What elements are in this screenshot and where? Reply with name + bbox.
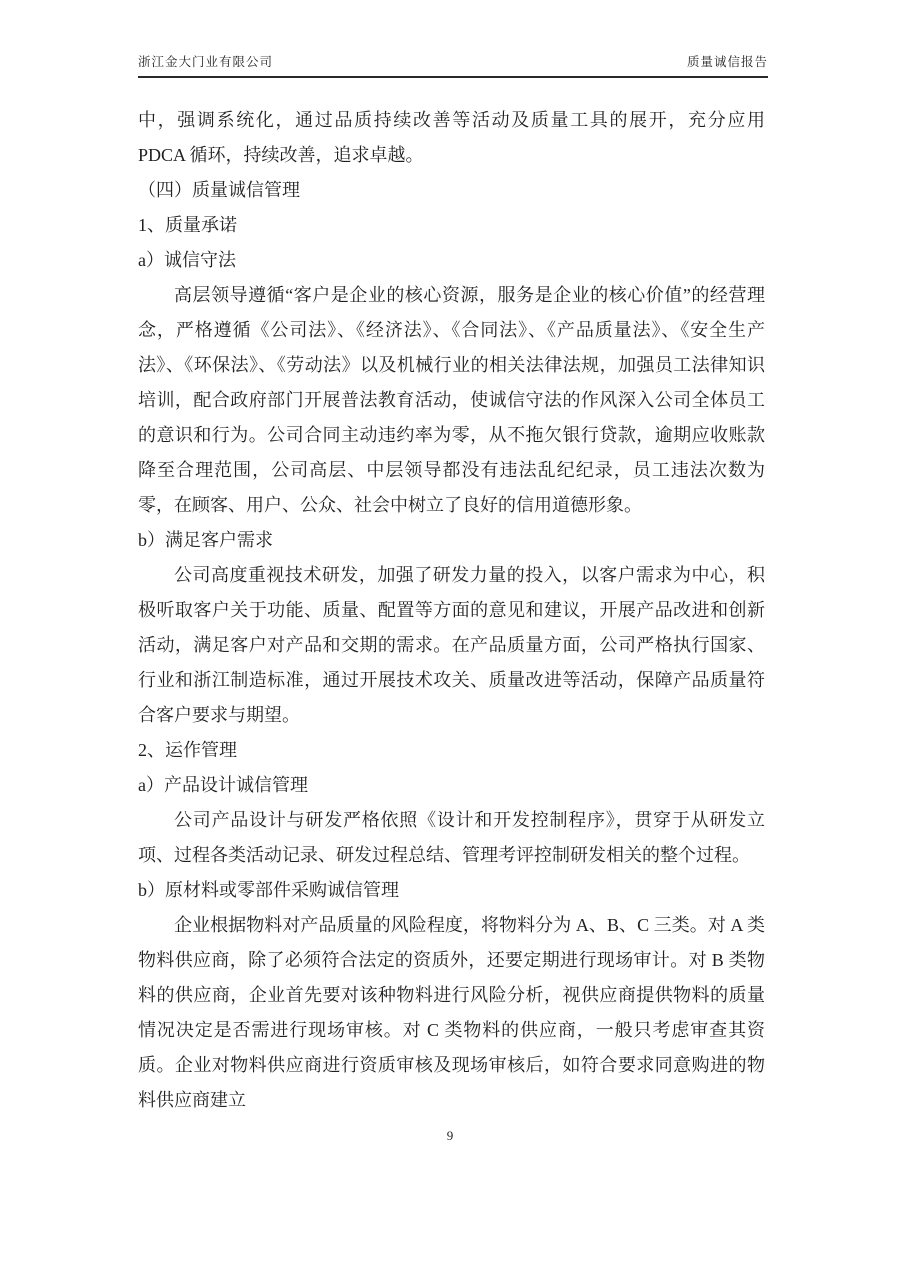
paragraph-continuation: 中，强调系统化，通过品质持续改善等活动及质量工具的展开，充分应用 PDCA 循环… bbox=[138, 103, 765, 173]
paragraph: 公司高度重视技术研发，加强了研发力量的投入，以客户需求为中心，积极听取客户关于功… bbox=[138, 558, 765, 733]
paragraph: 公司产品设计与研发严格依照《设计和开发控制程序》，贯穿于从研发立项、过程各类活动… bbox=[138, 803, 765, 873]
lettered-heading: a）诚信守法 bbox=[138, 243, 765, 278]
page-number: 9 bbox=[0, 1127, 900, 1145]
document-page: 浙江金大门业有限公司 质量诚信报告 中，强调系统化，通过品质持续改善等活动及质量… bbox=[0, 0, 900, 1261]
lettered-heading: b）满足客户需求 bbox=[138, 523, 765, 558]
lettered-heading: a）产品设计诚信管理 bbox=[138, 768, 765, 803]
numbered-heading: 1、质量承诺 bbox=[138, 208, 765, 243]
lettered-heading: b）原材料或零部件采购诚信管理 bbox=[138, 873, 765, 908]
header-report-title: 质量诚信报告 bbox=[687, 54, 768, 70]
header-company-name: 浙江金大门业有限公司 bbox=[138, 54, 273, 70]
paragraph: 企业根据物料对产品质量的风险程度，将物料分为 A、B、C 三类。对 A 类物料供… bbox=[138, 908, 765, 1118]
numbered-heading: 2、运作管理 bbox=[138, 733, 765, 768]
section-heading: （四）质量诚信管理 bbox=[138, 173, 765, 208]
page-header: 浙江金大门业有限公司 质量诚信报告 bbox=[138, 54, 768, 78]
document-body: 中，强调系统化，通过品质持续改善等活动及质量工具的展开，充分应用 PDCA 循环… bbox=[138, 103, 765, 1118]
paragraph: 高层领导遵循“客户是企业的核心资源，服务是企业的核心价值”的经营理念，严格遵循《… bbox=[138, 278, 765, 523]
